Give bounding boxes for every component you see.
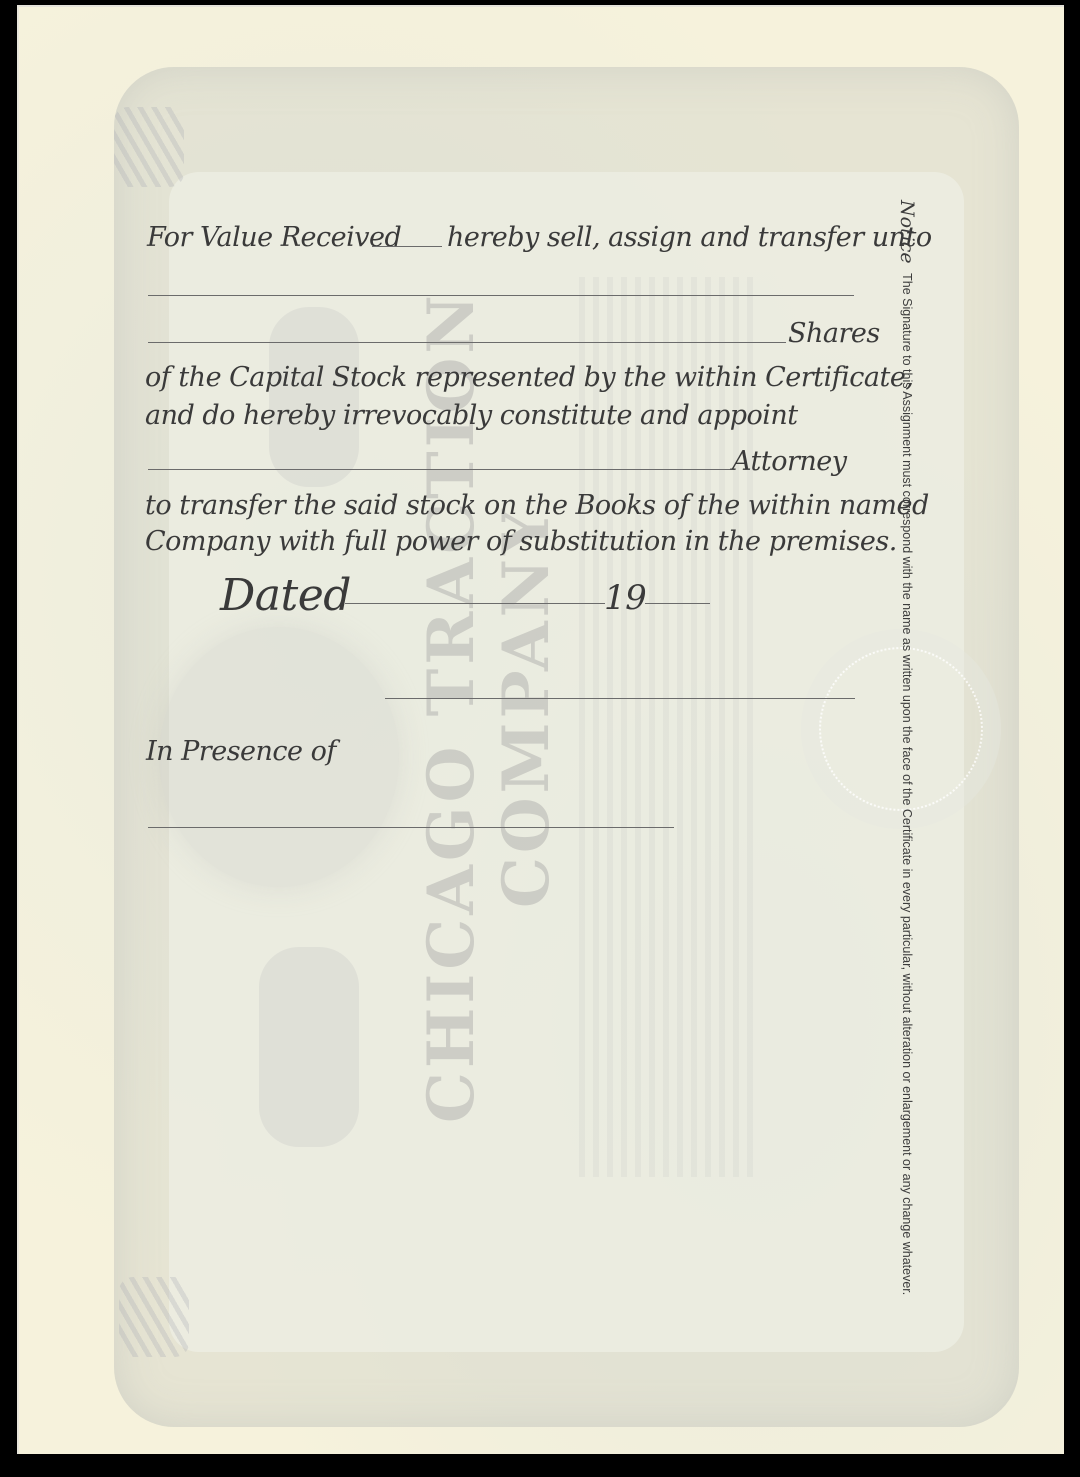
notice-label: Notice	[896, 200, 918, 264]
notice-line-2: the Certificate in every particular, wit…	[900, 788, 914, 1295]
shares-count-line[interactable]	[148, 342, 786, 343]
oval-emblem-bleed-top	[269, 307, 359, 487]
sell-assign-transfer-text: hereby sell, assign and transfer unto	[447, 222, 932, 253]
transferee-name-line[interactable]	[148, 295, 854, 296]
blank-line[interactable]	[372, 246, 442, 247]
corner-number-bleed	[119, 1277, 189, 1357]
signature-line[interactable]	[385, 698, 855, 699]
transfer-books-text: to transfer the said stock on the Books …	[145, 490, 929, 521]
appoint-text: and do hereby irrevocably constitute and…	[145, 400, 798, 431]
attorney-label: Attorney	[732, 446, 847, 477]
year-prefix: 19	[604, 578, 646, 618]
capital-stock-text: of the Capital Stock represented by the …	[145, 362, 913, 393]
witness-signature-line[interactable]	[148, 827, 674, 828]
year-line[interactable]	[645, 603, 710, 604]
substitution-text: Company with full power of substitution …	[145, 526, 897, 557]
notice-line-1: The Signature to this Assignment must co…	[900, 273, 914, 784]
signature-notice: Notice The Signature to this Assignment …	[898, 200, 915, 1295]
in-presence-of-label: In Presence of	[146, 736, 336, 767]
dated-label: Dated	[220, 570, 351, 621]
corner-number-bleed	[114, 107, 184, 187]
date-line[interactable]	[345, 603, 605, 604]
attorney-name-line[interactable]	[148, 469, 730, 470]
for-value-received-text: For Value Received	[147, 222, 401, 253]
shares-label: Shares	[788, 318, 880, 349]
oval-emblem-bleed	[259, 947, 359, 1147]
